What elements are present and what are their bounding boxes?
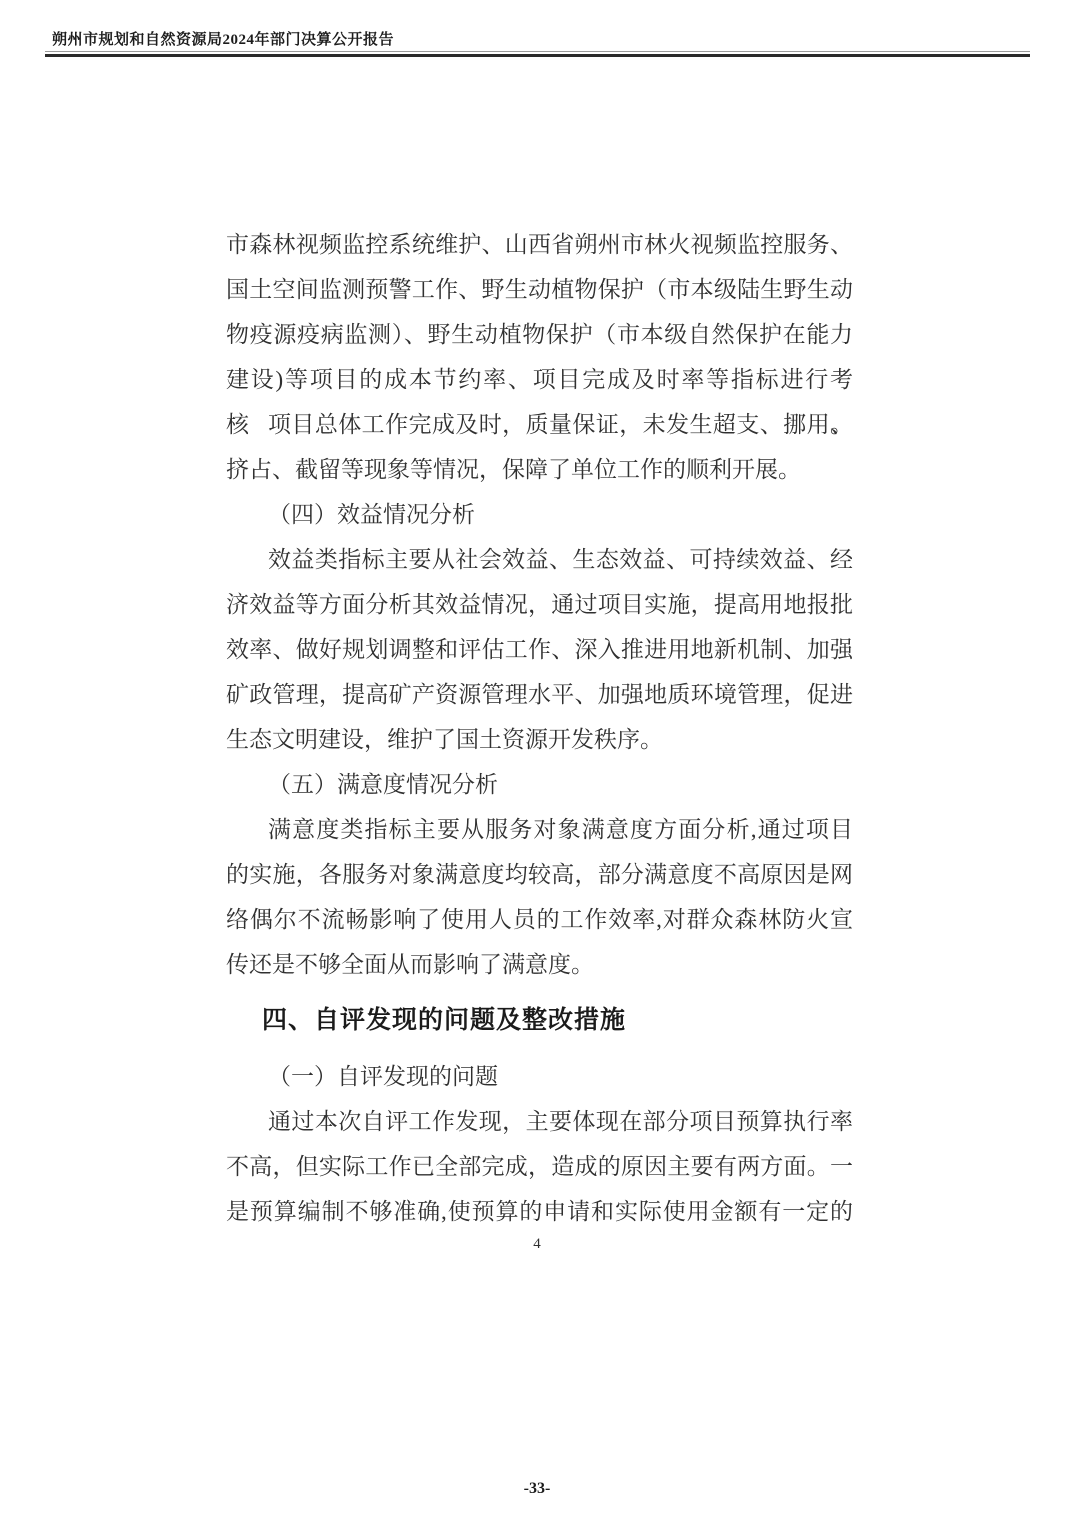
subsection-heading: （五）满意度情况分析 — [226, 762, 853, 807]
body-line: 效益类指标主要从社会效益、生态效益、可持续效益、经 — [226, 537, 853, 582]
subsection-heading: （四）效益情况分析 — [226, 492, 853, 537]
body-line: 的实施，各服务对象满意度均较高，部分满意度不高原因是网 — [226, 852, 853, 897]
header-rule-light-line — [45, 51, 1030, 52]
body-line: 项目总体工作完成及时，质量保证，未发生超支、挪用、 — [226, 402, 853, 447]
inner-page-number: 4 — [0, 1236, 1074, 1253]
subsection-heading: （一）自评发现的问题 — [226, 1054, 853, 1099]
header-rule-dark-line — [45, 54, 1030, 57]
footer-page-number: -33- — [0, 1480, 1074, 1498]
body-line: 物疫源疫病监测）、野生动植物保护（市本级自然保护在能力 — [226, 312, 853, 357]
body-line: 效率、做好规划调整和评估工作、深入推进用地新机制、加强 — [226, 627, 853, 672]
body-line: 济效益等方面分析其效益情况，通过项目实施，提高用地报批 — [226, 582, 853, 627]
body-line: 是预算编制不够准确,使预算的申请和实际使用金额有一定的 — [226, 1189, 853, 1234]
body-line: 挤占、截留等现象等情况，保障了单位工作的顺利开展。 — [226, 447, 853, 492]
header-rule — [45, 51, 1030, 58]
body-text: 市森林视频监控系统维护、山西省朔州市林火视频监控服务、国土空间监测预警工作、野生… — [226, 222, 853, 1234]
body-line: 传还是不够全面从而影响了满意度。 — [226, 942, 853, 987]
body-line: 市森林视频监控系统维护、山西省朔州市林火视频监控服务、 — [226, 222, 853, 267]
body-line: 生态文明建设，维护了国土资源开发秩序。 — [226, 717, 853, 762]
section-heading: 四、自评发现的问题及整改措施 — [226, 987, 853, 1054]
document-page: 朔州市规划和自然资源局2024年部门决算公开报告 市森林视频监控系统维护、山西省… — [0, 0, 1074, 1520]
body-line: 矿政管理，提高矿产资源管理水平、加强地质环境管理，促进 — [226, 672, 853, 717]
body-line: 不高，但实际工作已全部完成，造成的原因主要有两方面。一 — [226, 1144, 853, 1189]
body-line: 满意度类指标主要从服务对象满意度方面分析,通过项目 — [226, 807, 853, 852]
body-line: 建设)等项目的成本节约率、项目完成及时率等指标进行考核。 — [226, 357, 853, 402]
body-line: 通过本次自评工作发现，主要体现在部分项目预算执行率 — [226, 1099, 853, 1144]
body-line: 国土空间监测预警工作、野生动植物保护（市本级陆生野生动 — [226, 267, 853, 312]
page-header-title: 朔州市规划和自然资源局2024年部门决算公开报告 — [52, 28, 394, 49]
body-line: 络偶尔不流畅影响了使用人员的工作效率,对群众森林防火宣 — [226, 897, 853, 942]
